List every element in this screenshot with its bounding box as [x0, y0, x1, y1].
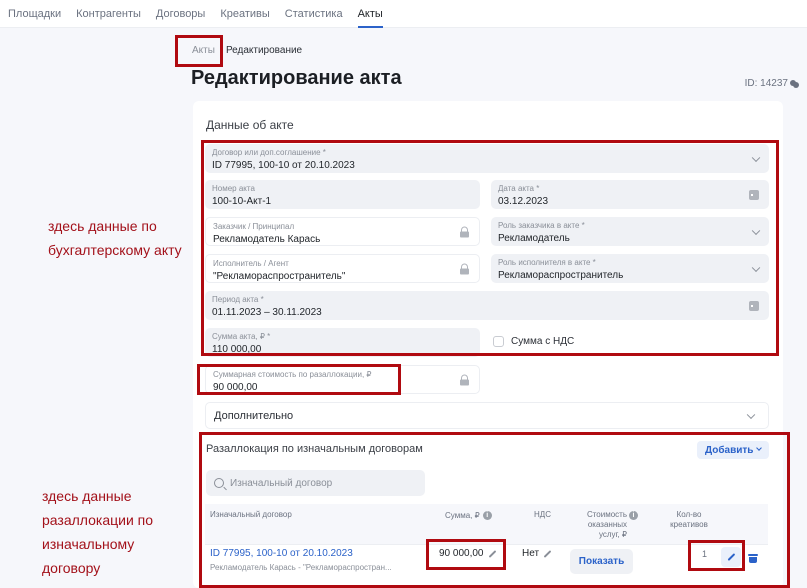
- additional-label: Дополнительно: [214, 410, 293, 422]
- breadcrumb: Акты Редактирование: [192, 45, 302, 56]
- executor-value: "Рекламораспространитель": [213, 270, 472, 284]
- record-id: ID: 14237: [745, 78, 799, 89]
- breadcrumb-current: Редактирование: [226, 45, 302, 56]
- act-date-value: 03.12.2023: [498, 195, 762, 209]
- column-header-vat: НДС: [534, 510, 551, 520]
- info-icon[interactable]: i: [629, 511, 638, 520]
- row-creatives-count: 1: [702, 549, 707, 559]
- executor-label: Исполнитель / Агент: [213, 259, 472, 269]
- nav-item-statistics[interactable]: Статистика: [285, 0, 343, 28]
- show-cost-button[interactable]: Показать: [570, 549, 633, 574]
- realloc-total-field: Суммарная стоимость по разаллокации, ₽ 9…: [205, 365, 480, 394]
- customer-role-select[interactable]: Роль заказчика в акте * Рекламодатель: [491, 217, 769, 246]
- row-sum-value: 90 000,00: [439, 548, 484, 559]
- customer-role-value: Рекламодатель: [498, 232, 762, 246]
- pencil-icon[interactable]: [544, 550, 552, 558]
- column-header-sum: Сумма, ₽i: [445, 511, 492, 521]
- add-button[interactable]: Добавить: [697, 441, 769, 459]
- pencil-icon: [727, 553, 735, 561]
- executor-role-label: Роль исполнителя в акте *: [498, 258, 762, 268]
- trash-icon[interactable]: [749, 554, 757, 563]
- vat-checkbox[interactable]: [493, 336, 504, 347]
- vat-checkbox-wrap[interactable]: Сумма с НДС: [493, 336, 574, 347]
- column-header-cost: Стоимость оказанных услуг, ₽: [577, 510, 627, 540]
- act-date-field[interactable]: Дата акта * 03.12.2023: [491, 180, 769, 209]
- act-number-value: 100-10-Акт-1: [212, 195, 473, 209]
- act-date-label: Дата акта *: [498, 184, 762, 194]
- executor-field: Исполнитель / Агент "Рекламораспространи…: [205, 254, 480, 283]
- period-field[interactable]: Период акта * 01.11.2023 – 30.11.2023: [205, 291, 769, 320]
- lock-icon: [460, 263, 469, 274]
- act-amount-field[interactable]: Сумма акта, ₽ * 110 000,00: [205, 328, 480, 357]
- nav-item-counterparties[interactable]: Контрагенты: [76, 0, 141, 28]
- act-number-label: Номер акта: [212, 184, 473, 194]
- customer-role-label: Роль заказчика в акте *: [498, 221, 762, 231]
- nav-item-platforms[interactable]: Площадки: [8, 0, 61, 28]
- row-parties: Рекламодатель Карась - "Рекламораспростр…: [210, 563, 392, 572]
- nav-item-creatives[interactable]: Креативы: [220, 0, 269, 28]
- period-label: Период акта *: [212, 295, 762, 305]
- edit-creatives-button[interactable]: [721, 547, 741, 567]
- info-icon[interactable]: i: [483, 511, 492, 520]
- realloc-total-label: Суммарная стоимость по разаллокации, ₽: [213, 370, 472, 380]
- search-icon: [214, 478, 224, 488]
- record-id-text: ID: 14237: [745, 78, 788, 89]
- lock-icon: [460, 374, 469, 385]
- calendar-icon[interactable]: [749, 190, 759, 200]
- search-box[interactable]: [206, 470, 425, 496]
- act-number-field[interactable]: Номер акта 100-10-Акт-1: [205, 180, 480, 209]
- row-divider: [205, 544, 768, 545]
- annotation-note-act: здесь данные по бухгалтерскому акту: [48, 214, 198, 262]
- act-amount-label: Сумма акта, ₽ *: [212, 332, 473, 342]
- row-sum: 90 000,00: [439, 548, 497, 559]
- period-value: 01.11.2023 – 30.11.2023: [212, 306, 762, 320]
- contract-label: Договор или доп.соглашение *: [212, 148, 762, 158]
- contract-value: ID 77995, 100-10 от 20.10.2023: [212, 159, 762, 173]
- contract-select[interactable]: Договор или доп.соглашение * ID 77995, 1…: [205, 144, 769, 173]
- copy-icon[interactable]: [790, 80, 799, 88]
- add-button-label: Добавить: [705, 445, 753, 456]
- column-header-sum-text: Сумма, ₽: [445, 511, 480, 520]
- row-contract-link[interactable]: ID 77995, 100-10 от 20.10.2023: [210, 548, 353, 559]
- lock-icon: [460, 226, 469, 237]
- additional-section-toggle[interactable]: Дополнительно: [205, 402, 769, 429]
- column-header-contract: Изначальный договор: [210, 510, 292, 520]
- executor-role-select[interactable]: Роль исполнителя в акте * Рекламораспрос…: [491, 254, 769, 283]
- section-title-act-data: Данные об акте: [206, 118, 294, 132]
- calendar-icon[interactable]: [749, 301, 759, 311]
- customer-value: Рекламодатель Карась: [213, 233, 472, 247]
- search-input[interactable]: [230, 478, 410, 489]
- customer-field: Заказчик / Принципал Рекламодатель Карас…: [205, 217, 480, 246]
- executor-role-value: Рекламораспространитель: [498, 269, 762, 283]
- chevron-down-icon: [747, 410, 755, 418]
- breadcrumb-acts-link[interactable]: Акты: [192, 45, 215, 56]
- row-vat: Нет: [522, 548, 552, 559]
- act-amount-value: 110 000,00: [212, 343, 473, 357]
- act-form-card: Данные об акте Договор или доп.соглашени…: [193, 101, 783, 588]
- column-header-creatives: Кол-во креативов: [664, 510, 714, 530]
- section-title-reallocation: Разаллокация по изначальным договорам: [206, 443, 423, 455]
- customer-label: Заказчик / Принципал: [213, 222, 472, 232]
- annotation-note-realloc: здесь данные разаллокации по изначальном…: [42, 484, 182, 580]
- pencil-icon[interactable]: [488, 550, 496, 558]
- nav-item-contracts[interactable]: Договоры: [156, 0, 205, 28]
- nav-item-acts[interactable]: Акты: [358, 0, 383, 28]
- top-nav: Площадки Контрагенты Договоры Креативы С…: [0, 0, 807, 28]
- vat-checkbox-label: Сумма с НДС: [511, 336, 574, 347]
- realloc-total-value: 90 000,00: [213, 381, 472, 395]
- chevron-down-icon: [757, 445, 763, 451]
- row-vat-value: Нет: [522, 548, 539, 559]
- page-title: Редактирование акта: [191, 67, 402, 90]
